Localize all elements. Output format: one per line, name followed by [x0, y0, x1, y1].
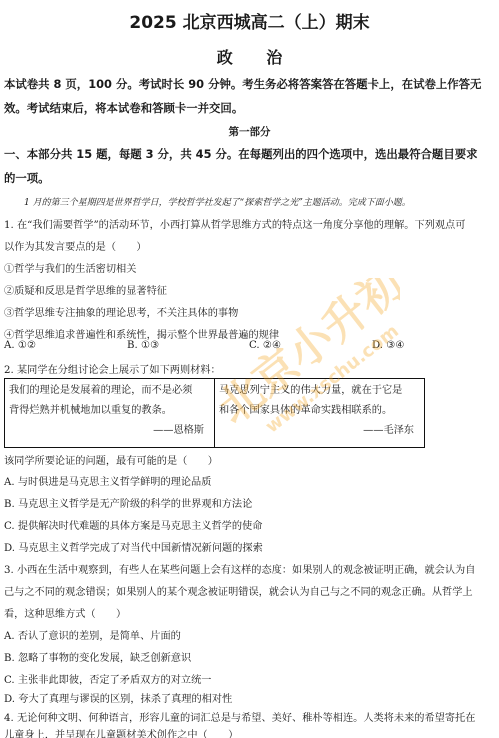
material-line: 背得烂熟并机械地加以重复的教条。 [9, 401, 210, 421]
material-line: 和各个国家具体的革命实践相联系的。 [219, 401, 420, 421]
material-source: ——毛泽东 [219, 421, 420, 441]
q1-statement-4: ④哲学思维追求普遍性和系统性，揭示整个世界最普遍的规律 [4, 326, 279, 341]
q1-option-b: B. ①③ [127, 340, 159, 351]
q3-option-b: B. 忽略了事物的变化发展，缺乏创新意识 [4, 649, 191, 664]
material-line: 我们的理论是发展着的理论，而不是必须 [9, 381, 210, 401]
q3-stem-line-2: 己与之不同的观念错误；如果别人的某个观念被证明错误，就会认为自己与之不同的观念正… [4, 583, 473, 598]
q1-statement-1: ①哲学与我们的生活密切相关 [4, 260, 136, 275]
part-heading: 第一部分 [0, 124, 499, 139]
q2-question-line: 该同学所要论证的问题，最有可能的是（ ） [4, 452, 218, 467]
q1-option-a: A. ①② [4, 340, 36, 351]
q3-stem-line-1: 3. 小西在生活中观察到，有些人在某些问题上会有这样的态度：如果别人的观念被证明… [4, 561, 475, 576]
q2-option-a: A. 与时俱进是马克思主义哲学鲜明的理论品质 [4, 473, 211, 488]
q3-option-a: A. 否认了意识的差别，是简单、片面的 [4, 627, 181, 642]
material-line: 马克思列宁主义的伟大力量，就在于它是 [219, 381, 420, 401]
instructions-line-2: 效。考试结束后，将本试卷和答顾卡一并交回。 [4, 100, 243, 116]
exam-page: 2025 北京西城高二（上）期末 政 治 本试卷共 8 页，100 分。考试时长… [0, 0, 499, 738]
q1-option-c: C. ②④ [249, 340, 281, 351]
q1-statement-3: ③哲学思维专注抽象的理论思考，不关注具体的事物 [4, 304, 238, 319]
q3-option-d: D. 夸大了真理与谬误的区别，抹杀了真理的相对性 [4, 690, 232, 705]
q2-material-mao: 马克思列宁主义的伟大力量，就在于它是 和各个国家具体的革命实践相联系的。 ——毛… [215, 379, 425, 448]
q3-stem-line-3: 看，这种思维方式（ ） [4, 605, 126, 620]
q3-option-c: C. 主张非此即彼，否定了矛盾双方的对立统一 [4, 671, 211, 686]
q1-stem-line-2: 以作为其发言要点的是（ ） [4, 238, 147, 253]
part-description-line-1: 一、本部分共 15 题，每题 3 分，共 45 分。在每题列出的四个选项中，选出… [4, 146, 478, 162]
q2-option-b: B. 马克思主义哲学是无产阶级的科学的世界观和方法论 [4, 495, 252, 510]
exam-title: 2025 北京西城高二（上）期末 [0, 8, 499, 33]
q2-material-engels: 我们的理论是发展着的理论，而不是必须 背得烂熟并机械地加以重复的教条。 ——恩格… [5, 379, 215, 448]
q1-option-d: D. ③④ [372, 340, 405, 351]
material-source: ——恩格斯 [9, 421, 210, 441]
q4-stem-line-1: 4. 无论何种文明、何种语言，形容儿童的词汇总是与希望、美好、稚朴等相连。人类将… [4, 709, 475, 724]
q4-stem-line-2: 儿童身上，并呈现在儿童题材美术创作之中（ ） [4, 726, 238, 738]
exam-subject: 政 治 [0, 45, 499, 68]
part-description-line-2: 的一项。 [4, 170, 50, 186]
q1-statement-2: ②质疑和反思是哲学思维的显著特征 [4, 282, 167, 297]
q1-stem-line-1: 1. 在“我们需要哲学”的活动环节，小西打算从哲学思维方式的特点这一角度分享他的… [4, 216, 465, 231]
q2-option-c: C. 提供解决时代难题的具体方案是马克思主义哲学的使命 [4, 517, 262, 532]
q2-materials-table: 我们的理论是发展着的理论，而不是必须 背得烂熟并机械地加以重复的教条。 ——恩格… [4, 378, 425, 448]
q2-stem: 2. 某同学在分组讨论会上展示了如下两则材料： [4, 361, 221, 376]
instructions-line-1: 本试卷共 8 页，100 分。考试时长 90 分钟。考生务必将答案答在答题卡上，… [4, 76, 481, 92]
section-intro: 1 月的第三个星期四是世界哲学日，学校哲学社发起了“探索哲学之光”主题活动。完成… [24, 195, 411, 208]
q2-option-d: D. 马克思主义哲学完成了对当代中国新情况新问题的探索 [4, 539, 263, 554]
